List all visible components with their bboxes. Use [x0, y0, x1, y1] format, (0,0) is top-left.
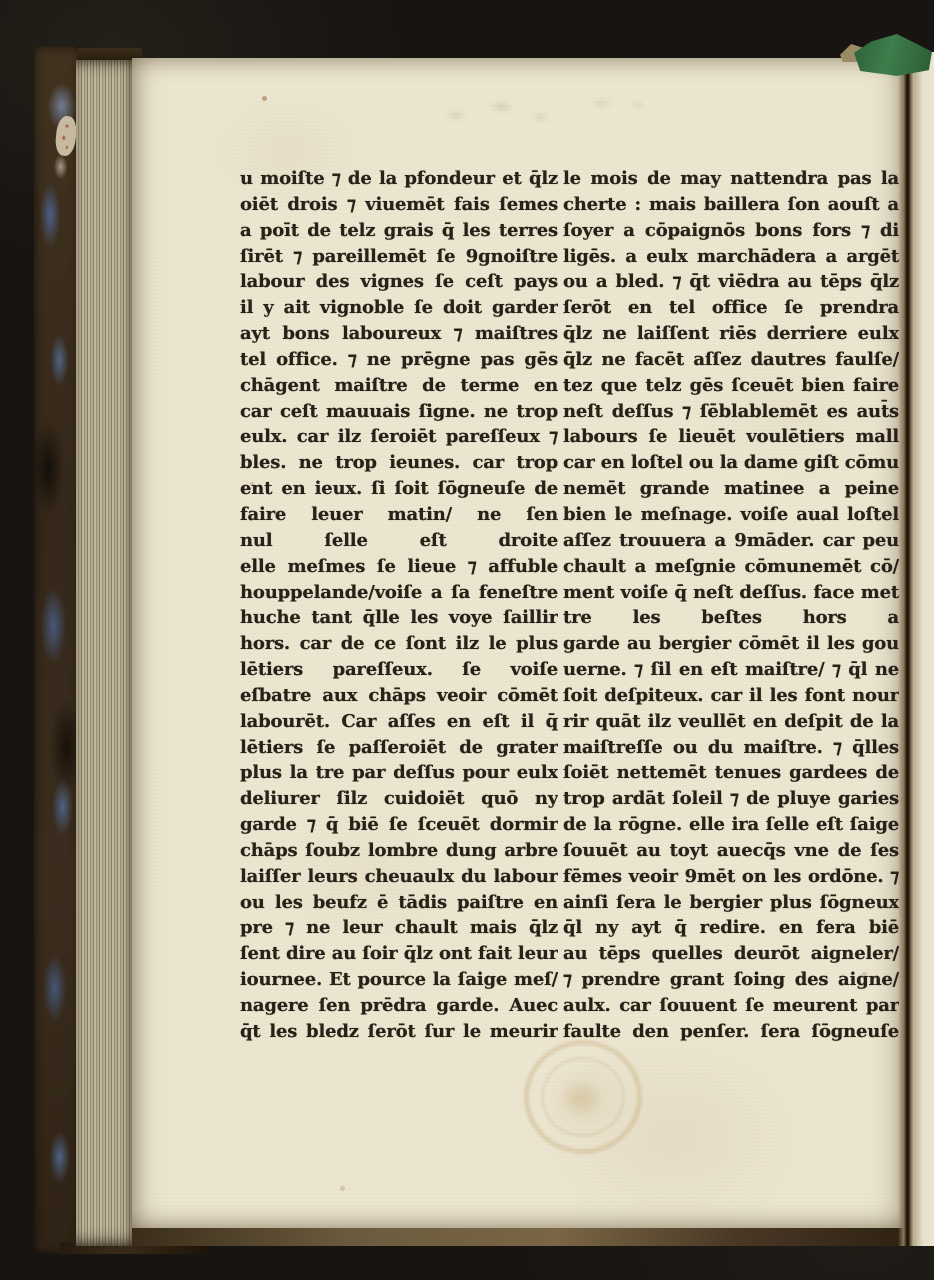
- text-line: il y ait vignoble ſe doit garder q̄lle: [240, 295, 558, 321]
- text-line: faire leuer matin/ ne ſen attēdre a: [240, 502, 558, 528]
- text-line: fēmes veoir 9mēt on les ordōne. ⁊: [563, 864, 899, 890]
- facing-page-sliver: [914, 52, 934, 1246]
- text-line: de la rōgne. elle ira ſelle eſt ſaige: [563, 812, 899, 838]
- text-column-right: le mois de may nattendra pas lacherte : …: [563, 166, 899, 1045]
- text-line: eulx. car ilz ſeroiēt pareſſeux ⁊ foi: [240, 424, 558, 450]
- text-line: cherte : mais baillera ſon aouſt a: [563, 192, 899, 218]
- text-line: ou les beufz ē tādis paiſtre en vng: [240, 890, 558, 916]
- text-line: ſerōt en tel office ſe prendra garde: [563, 295, 899, 321]
- text-line: eſbatre aux chāps veoir cōmēt ilz: [240, 683, 558, 709]
- text-line: le mois de may nattendra pas la: [563, 166, 899, 192]
- text-line: chāps ſoubz lombre dung arbre ⁊: [240, 838, 558, 864]
- text-line: houppelande/voiſe a ſa feneſtre ⁊: [240, 580, 558, 606]
- text-line: q̄lz ne laiſſent riēs derriere eulx ou: [563, 321, 899, 347]
- text-line: u moiſte ⁊ de la pfondeur et q̄lz: [240, 166, 558, 192]
- text-line: laiſſer leurs cheuaulx du labour: [240, 864, 558, 890]
- text-line: labour des vignes ſe ceſt pays ou: [240, 269, 558, 295]
- text-line: nul ſelle eſt droite meſnagere:aīs: [240, 528, 558, 554]
- text-line: faulte den penſer. ſera ſōgneuſe: [563, 1019, 899, 1045]
- text-line: plus la tre par deſſus pour eulx en: [240, 760, 558, 786]
- text-line: nemēt grande matinee a peine ira: [563, 476, 899, 502]
- book-scan: u moiſte ⁊ de la pfondeur et q̄lzoiēt dr…: [0, 0, 934, 1280]
- text-line: garde ⁊ q̄ biē ſe ſceuēt dormir aux: [240, 812, 558, 838]
- text-line: hors. car de ce ſont ilz le plus vou: [240, 631, 558, 657]
- text-column-left: u moiſte ⁊ de la pfondeur et q̄lzoiēt dr…: [240, 166, 558, 1045]
- text-line: bles. ne trop ieunes. car trop ſeroi: [240, 450, 558, 476]
- library-stamp: [524, 1040, 642, 1154]
- fore-edge-page-stack: [76, 60, 132, 1246]
- text-line: ſoyer a cōpaignōs bons fors ⁊ di: [563, 218, 899, 244]
- text-line: ſoiēt nettemēt tenues gardees de: [563, 760, 899, 786]
- text-line: au tēps quelles deurōt aigneler/: [563, 941, 899, 967]
- text-line: ſouuēt au toyt auecq̄s vne de ſes: [563, 838, 899, 864]
- text-line: uerne. ⁊ ſil en eſt maiſtre/ ⁊ q̄l ne: [563, 657, 899, 683]
- foxing-spot: [340, 1186, 345, 1191]
- text-line: nagere ſen prēdra garde. Auec ce: [240, 993, 558, 1019]
- text-line: chāgent maiſtre de terme en t̄me: [240, 373, 558, 399]
- text-line: lētiers ſe paſſeroiēt de grater ſās: [240, 735, 558, 761]
- text-line: rir quāt ilz veullēt en deſpit de la: [563, 709, 899, 735]
- text-line: ⁊ prendre grant ſoing des aigne/: [563, 967, 899, 993]
- text-line: elle meſmes ſe lieue ⁊ affuble vne: [240, 554, 558, 580]
- text-line: deliurer ſilz cuidoiēt quō ny pniſt: [240, 786, 558, 812]
- gutter-shadow: [898, 54, 914, 1246]
- text-line: ayt bons laboureux ⁊ maiſtres en: [240, 321, 558, 347]
- text-line: ſent dire au ſoir q̄lz ont fait leur: [240, 941, 558, 967]
- text-line: a poīt de telz grais q̄ les terres de: [240, 218, 558, 244]
- text-line: ſoit deſpiteux. car il les font nour: [563, 683, 899, 709]
- text-line: ſirēt ⁊ pareillemēt ſe 9gnoiſtre au: [240, 244, 558, 270]
- text-line: lētiers pareſſeux. ſe voiſe ſouuēt: [240, 657, 558, 683]
- text-line: ent en ieux. ſi ſoit ſōgneuſe de les: [240, 476, 558, 502]
- text-line: ligēs. a eulx marchādera a argēt: [563, 244, 899, 270]
- text-line: ainſi ſera le bergier plus ſōgneux: [563, 890, 899, 916]
- text-line: oiēt drois ⁊ viuemēt fais ſemes: [240, 192, 558, 218]
- text-line: aulx. car ſouuent ſe meurent par: [563, 993, 899, 1019]
- bookmark-ribbon-icon: [854, 34, 932, 76]
- foxing-spot: [262, 96, 267, 101]
- text-line: iournee. Et pource la ſaige meſ/: [240, 967, 558, 993]
- text-line: ment voiſe q̄ neſt deſſus. face met: [563, 580, 899, 606]
- text-line: car en loſtel ou la dame giſt cōmu: [563, 450, 899, 476]
- text-line: huche tant q̄lle les voye ſaillir de: [240, 605, 558, 631]
- show-through-smudge: [430, 90, 560, 132]
- text-line: labourēt. Car aſſes en eſt il q̄ vou: [240, 709, 558, 735]
- text-line: trop ardāt ſoleil ⁊ de pluye garies: [563, 786, 899, 812]
- text-line: bien le meſnage. voiſe aual loſtel: [563, 502, 899, 528]
- marbled-cover-edge: [34, 46, 80, 1254]
- text-line: car ceſt mauuais ſigne. ne trop vi: [240, 399, 558, 425]
- text-line: chault a meſgnie cōmunemēt cō/: [563, 554, 899, 580]
- text-line: garde au bergier cōmēt il les gou: [563, 631, 899, 657]
- bottom-leaf-edges: [132, 1228, 906, 1246]
- text-line: pre ⁊ ne leur chault mais q̄lz puiſ: [240, 915, 558, 941]
- text-line: tre les beſtes hors a heure/prēgne: [563, 605, 899, 631]
- text-line: q̄lz ne facēt aſſez dautres faulſe/: [563, 347, 899, 373]
- text-line: ou a bled. ⁊ q̄t viēdra au tēps q̄lz: [563, 269, 899, 295]
- text-line: q̄t les bledz ſerōt ſur le meurir deſ: [240, 1019, 558, 1045]
- text-line: labours ſe lieuēt voulētiers mall: [563, 424, 899, 450]
- text-line: tez que telz gēs ſceuēt bien faire q̄: [563, 373, 899, 399]
- text-line: q̄l ny ayt q̄ redire. en fera biē pēſer: [563, 915, 899, 941]
- text-line: tel office. ⁊ ne prēgne pas gēs qui: [240, 347, 558, 373]
- text-line: maiſtreſſe ou du maiſtre. ⁊ q̄lles: [563, 735, 899, 761]
- text-line: aſſez trouuera a 9māder. car peu: [563, 528, 899, 554]
- text-line: neſt deſſus ⁊ ſēblablemēt es aut̄s: [563, 399, 899, 425]
